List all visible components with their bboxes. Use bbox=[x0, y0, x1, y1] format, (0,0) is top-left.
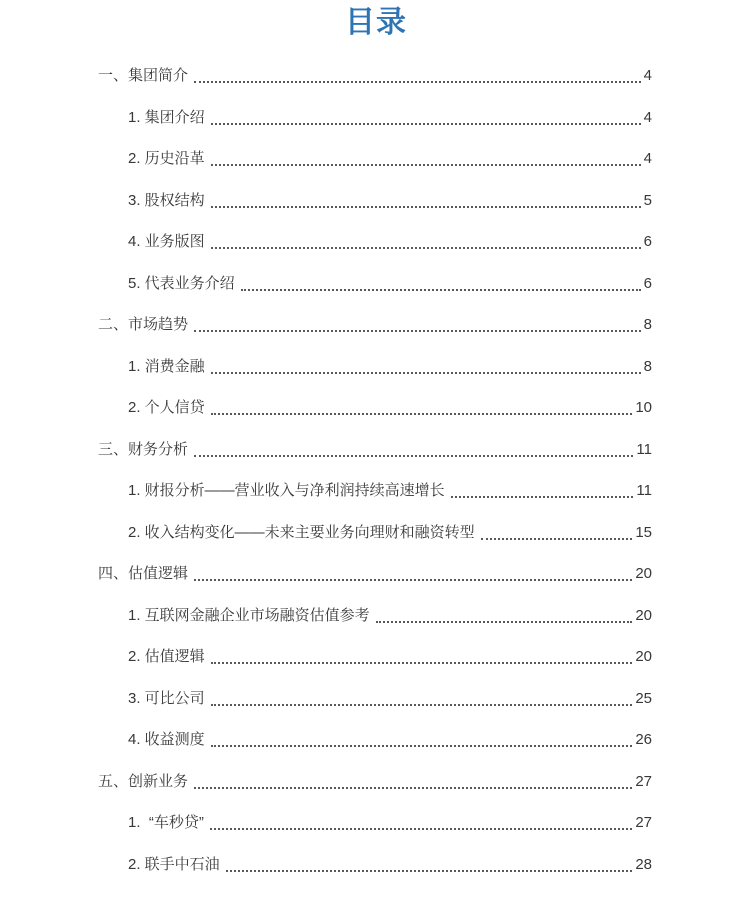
toc-page-number: 8 bbox=[644, 357, 652, 377]
toc-page-number: 20 bbox=[635, 564, 652, 584]
toc-entry[interactable]: 5. 代表业务介绍 6 bbox=[98, 274, 652, 294]
toc-page-number: 6 bbox=[644, 274, 652, 294]
toc-page-number: 10 bbox=[635, 398, 652, 418]
toc-entry-label: 4. 业务版图 bbox=[128, 232, 205, 252]
toc-entry-label: 4. 收益测度 bbox=[128, 730, 205, 750]
toc-entry-label: 3. 可比公司 bbox=[128, 689, 205, 709]
toc-page-number: 11 bbox=[636, 440, 652, 460]
toc-entry-label: 1. 互联网金融企业市场融资估值参考 bbox=[128, 606, 370, 626]
toc-entry-label: 2. 收入结构变化——未来主要业务向理财和融资转型 bbox=[128, 523, 475, 543]
toc-entry[interactable]: 1. 集团介绍 4 bbox=[98, 108, 652, 128]
toc-page-number: 27 bbox=[635, 772, 652, 792]
toc-entry-label: 三、财务分析 bbox=[98, 440, 188, 460]
toc-page-number: 5 bbox=[644, 191, 652, 211]
toc-entry[interactable]: 2. 估值逻辑 20 bbox=[98, 647, 652, 667]
toc-entry[interactable]: 2. 历史沿革 4 bbox=[98, 149, 652, 169]
toc-entry-label: 四、估值逻辑 bbox=[98, 564, 188, 584]
toc-entry-label: 五、创新业务 bbox=[98, 772, 188, 792]
toc-entry[interactable]: 四、估值逻辑 20 bbox=[98, 564, 652, 584]
toc-dot-leader bbox=[211, 745, 633, 747]
toc-dot-leader bbox=[211, 372, 641, 374]
toc-entry[interactable]: 三、财务分析 11 bbox=[98, 440, 652, 460]
toc-dot-leader bbox=[211, 247, 641, 249]
toc-dot-leader bbox=[211, 413, 633, 415]
toc-dot-leader bbox=[451, 496, 634, 498]
toc-page-number: 20 bbox=[635, 647, 652, 667]
document-page: 目录 一、集团简介 4 1. 集团介绍 4 2. 历史沿革 4 3. 股权结构 … bbox=[0, 0, 752, 915]
toc-entry-label: 二、市场趋势 bbox=[98, 315, 188, 335]
toc-page-number: 6 bbox=[644, 232, 652, 252]
toc-page-number: 20 bbox=[635, 606, 652, 626]
toc-entry[interactable]: 五、创新业务 27 bbox=[98, 772, 652, 792]
toc-page-number: 4 bbox=[644, 108, 652, 128]
toc-page-number: 26 bbox=[635, 730, 652, 750]
toc-dot-leader bbox=[194, 579, 632, 581]
toc-dot-leader bbox=[194, 787, 632, 789]
toc-dot-leader bbox=[376, 621, 633, 623]
toc-dot-leader bbox=[211, 123, 641, 125]
toc-entry-label: 2. 个人信贷 bbox=[128, 398, 205, 418]
page-title: 目录 bbox=[0, 0, 752, 46]
toc-entry-label: 2. 联手中石油 bbox=[128, 855, 220, 875]
toc-dot-leader bbox=[241, 289, 641, 291]
toc-entry-label: 5. 代表业务介绍 bbox=[128, 274, 235, 294]
table-of-contents: 一、集团简介 4 1. 集团介绍 4 2. 历史沿革 4 3. 股权结构 5 4… bbox=[98, 46, 652, 875]
toc-entry[interactable]: 3. 股权结构 5 bbox=[98, 191, 652, 211]
toc-entry-label: 3. 股权结构 bbox=[128, 191, 205, 211]
toc-entry[interactable]: 二、市场趋势 8 bbox=[98, 315, 652, 335]
toc-dot-leader bbox=[194, 455, 633, 457]
toc-entry[interactable]: 1. 财报分析——营业收入与净利润持续高速增长 11 bbox=[98, 481, 652, 501]
toc-entry[interactable]: 1. “车秒贷” 27 bbox=[98, 813, 652, 833]
toc-dot-leader bbox=[226, 870, 633, 872]
toc-entry-label: 一、集团简介 bbox=[98, 66, 188, 86]
toc-dot-leader bbox=[211, 662, 633, 664]
toc-page-number: 27 bbox=[635, 813, 652, 833]
toc-entry[interactable]: 2. 收入结构变化——未来主要业务向理财和融资转型 15 bbox=[98, 523, 652, 543]
toc-entry-label: 2. 历史沿革 bbox=[128, 149, 205, 169]
toc-dot-leader bbox=[210, 828, 632, 830]
toc-entry[interactable]: 1. 消费金融 8 bbox=[98, 357, 652, 377]
toc-entry[interactable]: 4. 业务版图 6 bbox=[98, 232, 652, 252]
toc-entry[interactable]: 3. 可比公司 25 bbox=[98, 689, 652, 709]
toc-page-number: 25 bbox=[635, 689, 652, 709]
toc-dot-leader bbox=[194, 330, 641, 332]
toc-entry-label: 1. 消费金融 bbox=[128, 357, 205, 377]
toc-page-number: 4 bbox=[644, 149, 652, 169]
toc-page-number: 15 bbox=[635, 523, 652, 543]
toc-entry-label: 2. 估值逻辑 bbox=[128, 647, 205, 667]
toc-entry[interactable]: 1. 互联网金融企业市场融资估值参考 20 bbox=[98, 606, 652, 626]
toc-entry-label: 1. “车秒贷” bbox=[128, 813, 204, 833]
toc-page-number: 8 bbox=[644, 315, 652, 335]
toc-entry-label: 1. 集团介绍 bbox=[128, 108, 205, 128]
toc-entry[interactable]: 4. 收益测度 26 bbox=[98, 730, 652, 750]
toc-page-number: 11 bbox=[636, 481, 652, 501]
toc-entry[interactable]: 一、集团简介 4 bbox=[98, 66, 652, 86]
toc-entry-label: 1. 财报分析——营业收入与净利润持续高速增长 bbox=[128, 481, 445, 501]
toc-dot-leader bbox=[211, 164, 641, 166]
toc-entry[interactable]: 2. 联手中石油 28 bbox=[98, 855, 652, 875]
toc-dot-leader bbox=[211, 704, 633, 706]
toc-dot-leader bbox=[211, 206, 641, 208]
toc-entry[interactable]: 2. 个人信贷 10 bbox=[98, 398, 652, 418]
toc-page-number: 28 bbox=[635, 855, 652, 875]
toc-dot-leader bbox=[481, 538, 633, 540]
toc-dot-leader bbox=[194, 81, 641, 83]
toc-page-number: 4 bbox=[644, 66, 652, 86]
